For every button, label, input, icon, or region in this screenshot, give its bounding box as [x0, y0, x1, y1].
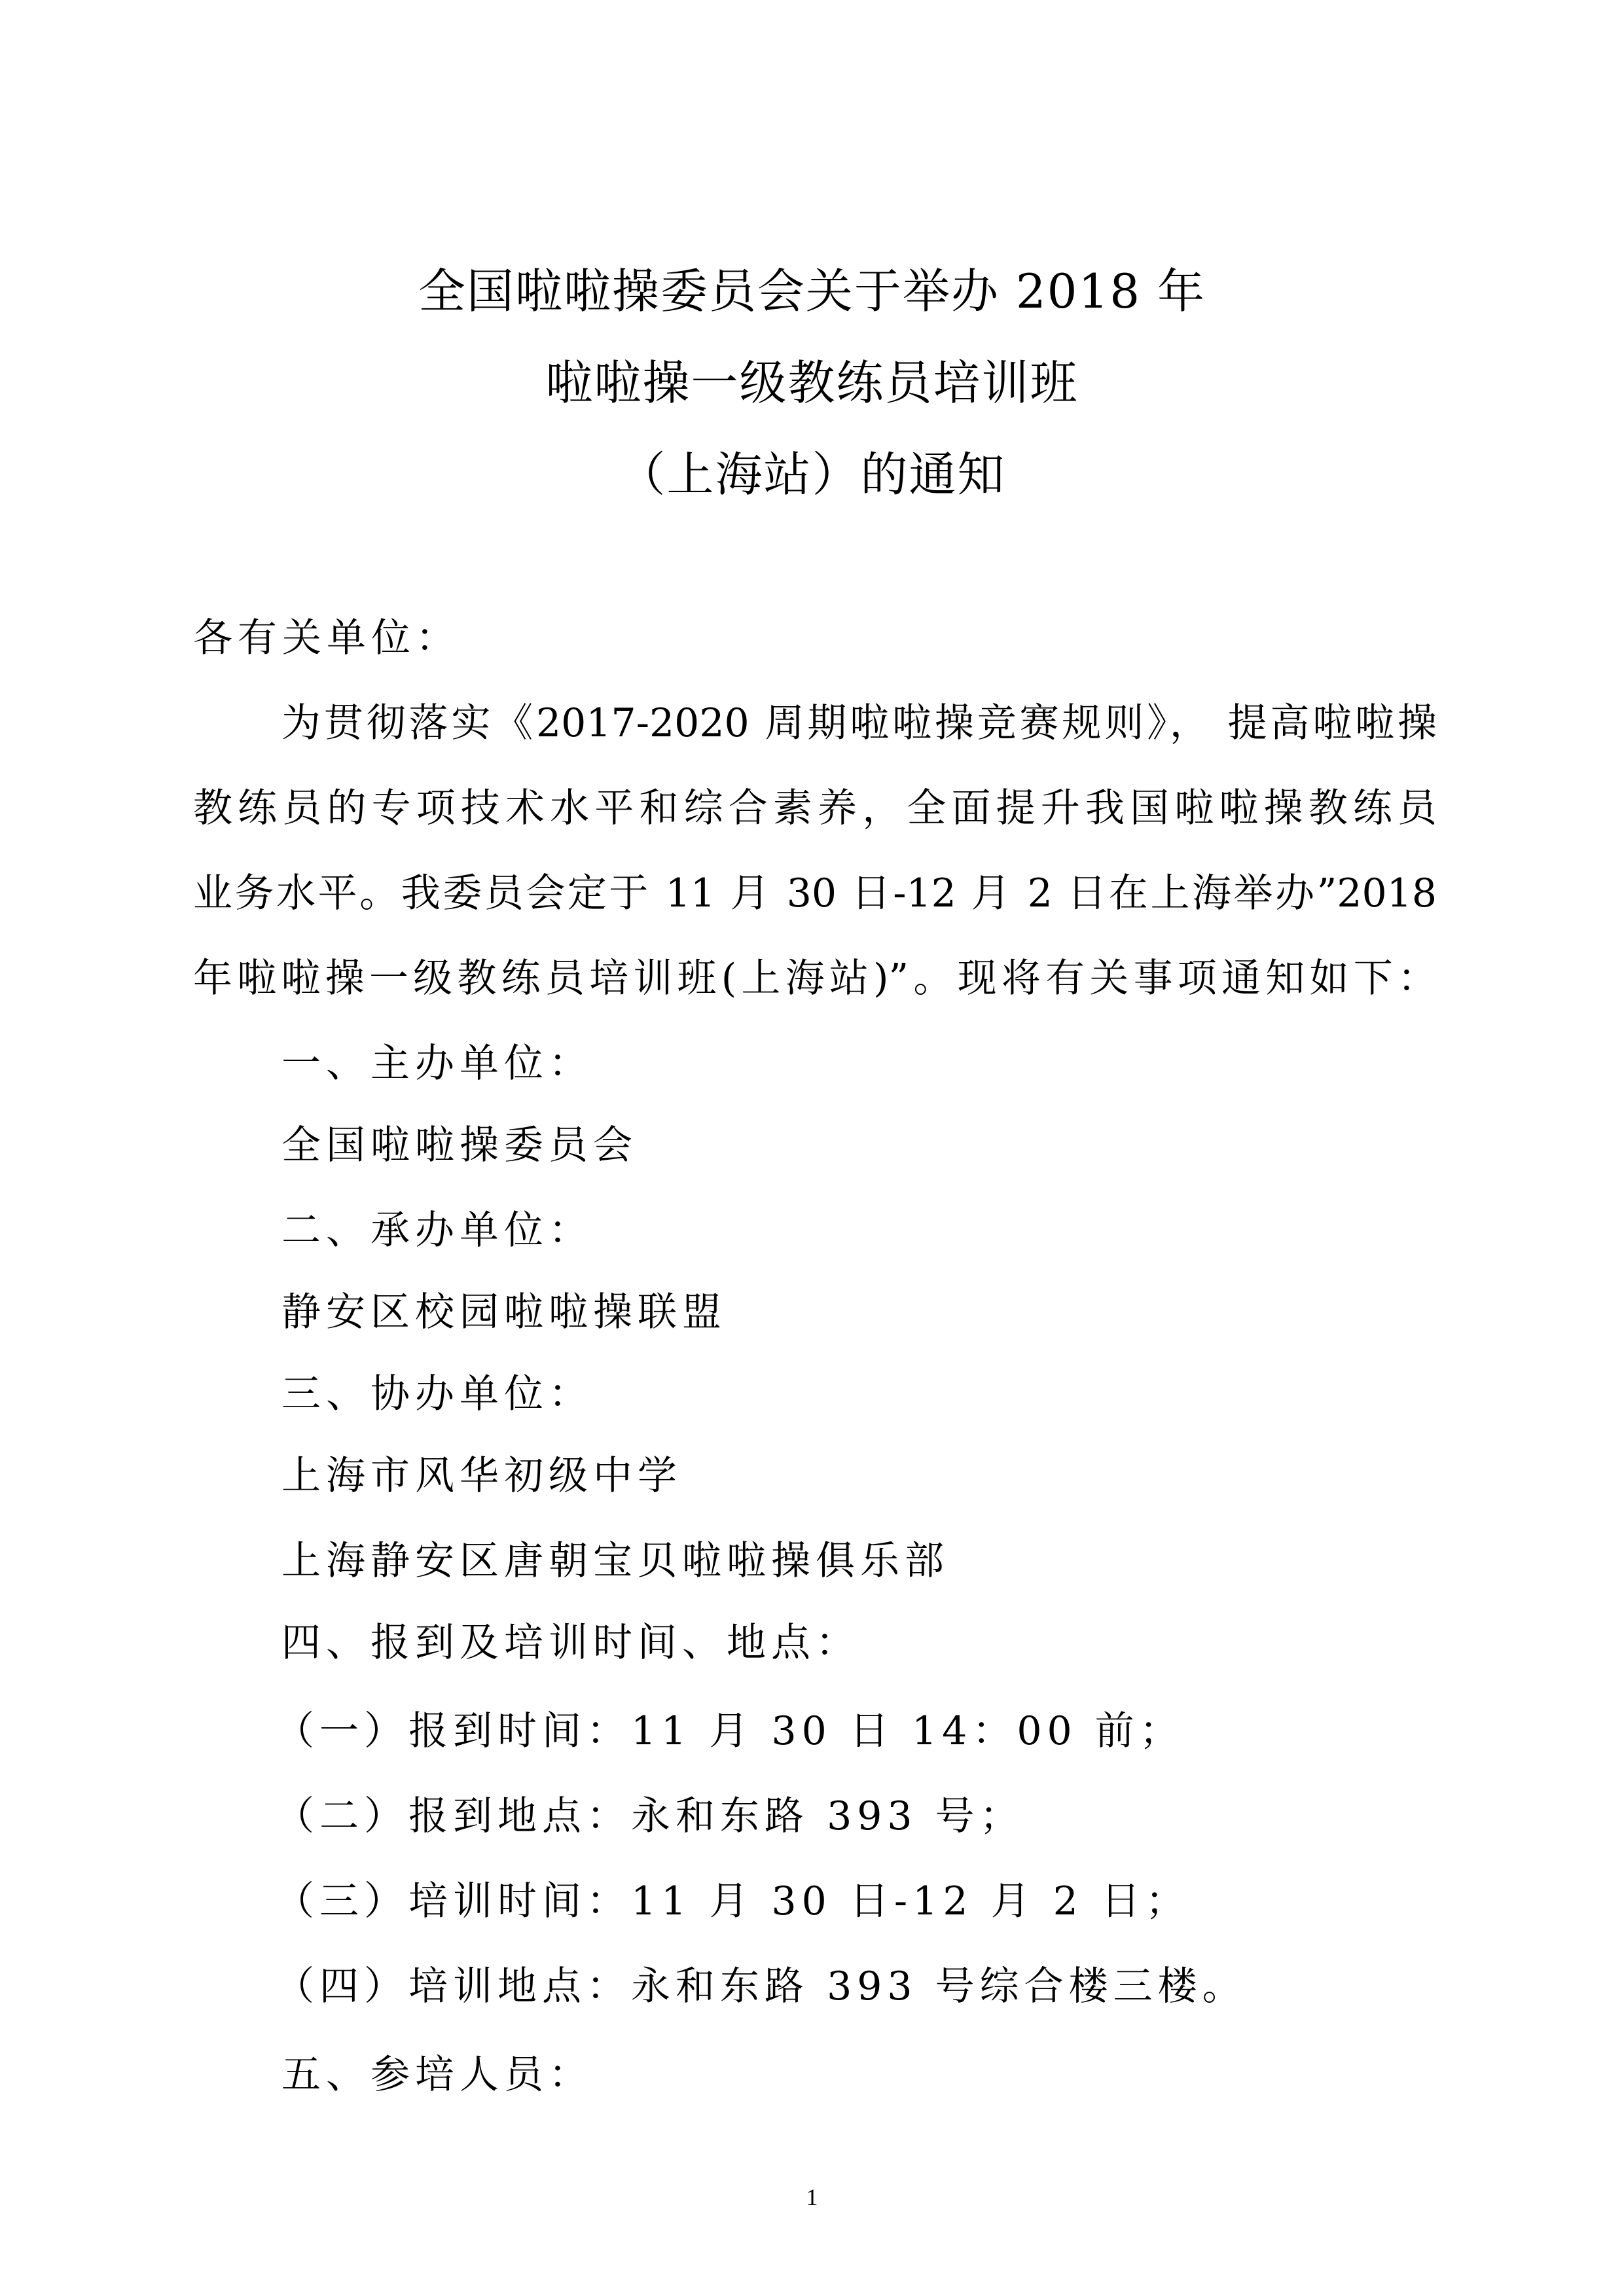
section-heading-co-organizers: 三、协办单位： [281, 1368, 593, 1420]
intro-paragraph-line-1: 为贯彻落实《2017-2020 周期啦啦操竞赛规则》， 提高啦啦操 [281, 697, 1437, 749]
time-place-item-4: （四）培训地点：永和东路 393 号综合楼三楼。 [275, 1960, 1247, 2013]
organizer-name: 全国啦啦操委员会 [281, 1119, 638, 1172]
time-place-item-3: （三）培训时间：11 月 30 日-12 月 2 日； [275, 1875, 1190, 1928]
co-organizer-1: 上海市风华初级中学 [281, 1450, 682, 1502]
document-page: 全国啦啦操委员会关于举办 2018 年 啦啦操一级教练员培训班 （上海站）的通知… [0, 0, 1624, 2296]
page-number: 1 [0, 2183, 1624, 2212]
section-heading-organizer: 一、主办单位： [281, 1037, 593, 1090]
intro-paragraph-line-3: 业务水平。我委员会定于 11 月 30 日-12 月 2 日在上海举办”2018 [193, 867, 1437, 920]
time-place-item-1: （一）报到时间：11 月 30 日 14：00 前； [275, 1705, 1184, 1757]
salutation: 各有关单位： [193, 612, 460, 664]
section-heading-host: 二、承办单位： [281, 1204, 593, 1257]
document-title-line-1: 全国啦啦操委员会关于举办 2018 年 [0, 262, 1624, 321]
co-organizer-2: 上海静安区唐朝宝贝啦啦操俱乐部 [281, 1535, 949, 1587]
document-title-line-3: （上海站）的通知 [0, 445, 1624, 504]
section-heading-time-place: 四、报到及培训时间、地点： [281, 1617, 860, 1669]
document-title-line-2: 啦啦操一级教练员培训班 [0, 353, 1624, 412]
host-name: 静安区校园啦啦操联盟 [281, 1286, 727, 1338]
intro-paragraph-line-4: 年啦啦操一级教练员培训班(上海站)”。现将有关事项通知如下： [193, 952, 1437, 1005]
time-place-item-2: （二）报到地点：永和东路 393 号； [275, 1790, 1024, 1842]
intro-paragraph-line-2: 教练员的专项技术水平和综合素养，全面提升我国啦啦操教练员 [193, 782, 1437, 834]
section-heading-participants: 五、参培人员： [281, 2049, 593, 2101]
